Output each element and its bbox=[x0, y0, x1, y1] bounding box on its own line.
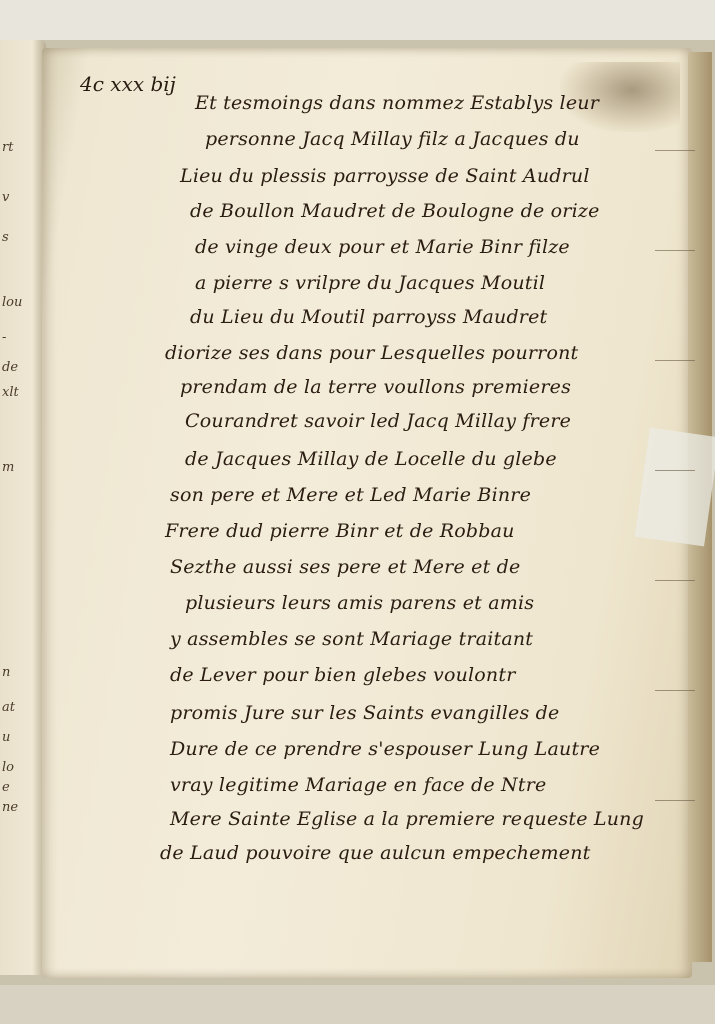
manuscript-line: Lieu du plessis parroysse de Saint Audru… bbox=[180, 165, 590, 187]
margin-rule bbox=[655, 690, 695, 691]
manuscript-line: de Boullon Maudret de Boulogne de orize bbox=[190, 200, 600, 222]
manuscript-line: plusieurs leurs amis parens et amis bbox=[185, 592, 534, 614]
manuscript-line: y assembles se sont Mariage traitant bbox=[170, 628, 533, 650]
manuscript-line: personne Jacq Millay filz a Jacques du bbox=[205, 128, 580, 150]
left-page-fragment: rt bbox=[2, 140, 13, 155]
margin-rule bbox=[655, 800, 695, 801]
manuscript-line: a pierre s vrilpre du Jacques Moutil bbox=[195, 272, 545, 294]
margin-rule bbox=[655, 580, 695, 581]
left-page-fragment: at bbox=[2, 700, 15, 715]
left-page-fragment: xlt bbox=[2, 385, 19, 400]
folio-number: 4c xxx bij bbox=[80, 72, 176, 96]
background-bottom bbox=[0, 985, 715, 1024]
repair-tape bbox=[635, 428, 715, 547]
manuscript-page bbox=[42, 48, 692, 978]
margin-rule bbox=[655, 360, 695, 361]
manuscript-line: de Lever pour bien glebes voulontr bbox=[170, 664, 516, 686]
manuscript-line: vray legitime Mariage en face de Ntre bbox=[170, 774, 546, 796]
left-page-fragment: v bbox=[2, 190, 9, 205]
manuscript-line: de Laud pouvoire que aulcun empechement bbox=[160, 842, 591, 864]
left-page-fragment: n bbox=[2, 665, 10, 680]
left-page-fragment: m bbox=[2, 460, 14, 475]
manuscript-line: diorize ses dans pour Lesquelles pourron… bbox=[165, 342, 578, 364]
margin-rule bbox=[655, 150, 695, 151]
manuscript-line: Dure de ce prendre s'espouser Lung Lautr… bbox=[170, 738, 600, 760]
left-page-fragment: s bbox=[2, 230, 9, 245]
manuscript-line: de vinge deux pour et Marie Binr filze bbox=[195, 236, 570, 258]
manuscript-line: de Jacques Millay de Locelle du glebe bbox=[185, 448, 557, 470]
left-page-fragment: - bbox=[2, 330, 6, 345]
margin-rule bbox=[655, 470, 695, 471]
left-page-fragment: ne bbox=[2, 800, 18, 815]
left-page-fragment: de bbox=[2, 360, 18, 375]
left-facing-page: rt v s lou - de xlt m n at u lo e ne bbox=[0, 40, 46, 975]
manuscript-line: Mere Sainte Eglise a la premiere request… bbox=[170, 808, 644, 830]
left-page-fragment: lo bbox=[2, 760, 14, 775]
manuscript-line: Courandret savoir led Jacq Millay frere bbox=[185, 410, 571, 432]
background-top bbox=[0, 0, 715, 40]
manuscript-line: Et tesmoings dans nommez Establys leur bbox=[195, 92, 599, 114]
margin-rule bbox=[655, 250, 695, 251]
manuscript-line: du Lieu du Moutil parroyss Maudret bbox=[190, 306, 547, 328]
manuscript-line: prendam de la terre voullons premieres bbox=[180, 376, 571, 398]
manuscript-line: Frere dud pierre Binr et de Robbau bbox=[165, 520, 515, 542]
left-page-fragment: u bbox=[2, 730, 10, 745]
manuscript-line: promis Jure sur les Saints evangilles de bbox=[170, 702, 559, 724]
manuscript-line: Sezthe aussi ses pere et Mere et de bbox=[170, 556, 520, 578]
left-page-fragment: e bbox=[2, 780, 10, 795]
left-page-fragment: lou bbox=[2, 295, 22, 310]
manuscript-line: son pere et Mere et Led Marie Binre bbox=[170, 484, 531, 506]
